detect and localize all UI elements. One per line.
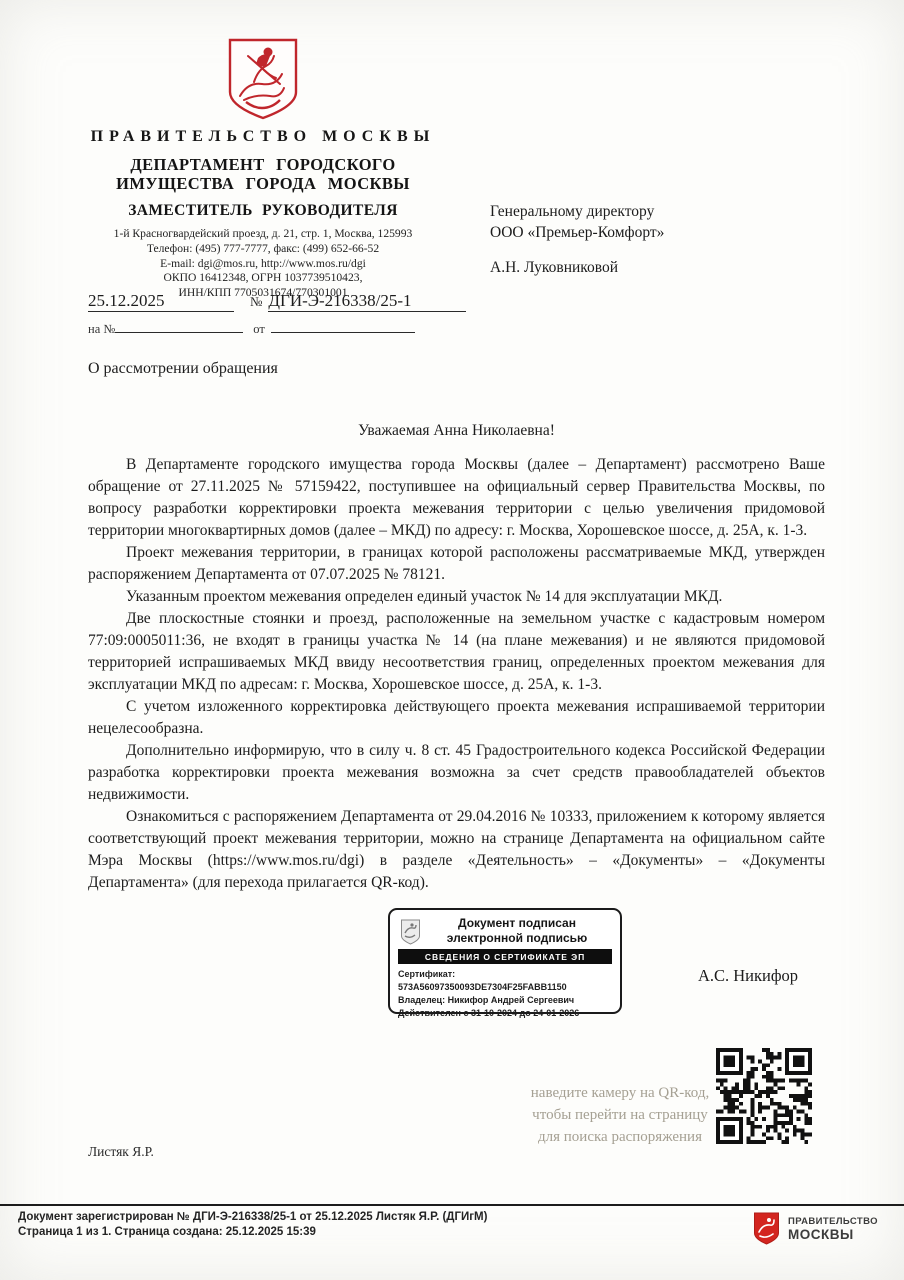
paragraph: Ознакомиться с распоряжением Департамент… [88,806,825,894]
addressee-block: Генеральному директору ООО «Премьер-Комф… [490,201,664,278]
paragraph: Указанным проектом межевания определен е… [88,586,825,608]
paragraph: В Департаменте городского имущества горо… [88,454,825,542]
footer-line1: Документ зарегистрирован № ДГИ-Э-216338/… [18,1210,487,1225]
qr-caption: наведите камеру на QR-код, чтобы перейти… [505,1082,735,1148]
footer-emblem-line1: ПРАВИТЕЛЬСТВО [788,1216,878,1227]
footer-registration-info: Документ зарегистрирован № ДГИ-Э-216338/… [18,1210,487,1239]
addressee-name: А.Н. Луковниковой [490,257,664,278]
government-title: ПРАВИТЕЛЬСТВО МОСКВЫ [77,128,449,146]
ref-na-label: на № [88,322,115,336]
stamp-title: Документ подписан электронной подписью [398,916,612,945]
footer-divider [0,1204,904,1206]
postal-address: 1-й Красногвардейский проезд, д. 21, стр… [77,227,449,242]
certificate-details: Сертификат: 573A56097350093DE7304F25FABB… [398,968,612,1020]
footer-emblem: ПРАВИТЕЛЬСТВО МОСКВЫ [753,1212,878,1245]
letterhead: ПРАВИТЕЛЬСТВО МОСКВЫ ДЕПАРТАМЕНТ ГОРОДСК… [77,36,449,301]
ref-ot-label: от [253,322,265,336]
executor-name: Листяк Я.Р. [88,1144,154,1160]
letter-body: Уважаемая Анна Николаевна! В Департамент… [88,420,825,894]
moscow-coat-of-arms-icon [224,36,302,122]
addressee-position: Генеральному директору [490,201,664,222]
certificate-number: Сертификат: 573A56097350093DE7304F25FABB… [398,968,612,994]
electronic-signature-stamp: Документ подписан электронной подписью С… [388,908,622,1014]
reference-line: на №от [88,322,415,337]
certificate-validity: Действителен с 31-10-2024 до 24-01-2026 [398,1007,612,1020]
certificate-owner: Владелец: Никифор Андрей Сергеевич [398,994,612,1007]
department-title: ДЕПАРТАМЕНТ ГОРОДСКОГО ИМУЩЕСТВА ГОРОДА … [77,155,449,193]
footer-coat-of-arms-icon [753,1212,780,1245]
number-sign: № [250,294,262,309]
email-website: E-mail: dgi@mos.ru, http://www.mos.ru/dg… [77,257,449,272]
subject-line: О рассмотрении обращения [88,360,278,378]
footer-emblem-text: ПРАВИТЕЛЬСТВО МОСКВЫ [788,1216,878,1242]
salutation: Уважаемая Анна Николаевна! [88,420,825,442]
ref-date-blank [271,332,415,333]
addressee-company: ООО «Премьер-Комфорт» [490,222,664,243]
department-line2: ИМУЩЕСТВА ГОРОДА МОСКВЫ [77,174,449,193]
registration-line: 25.12.2025№ДГИ-Э-216338/25-1 [88,291,466,312]
paragraph: Две плоскостные стоянки и проезд, распол… [88,608,825,696]
paragraph: Дополнительно информирую, что в силу ч. … [88,740,825,806]
footer-line2: Страница 1 из 1. Страница создана: 25.12… [18,1225,487,1240]
stamp-title-line1: Документ подписан [422,916,612,931]
stamp-title-line2: электронной подписью [422,931,612,946]
stamp-coat-of-arms-icon [400,919,421,945]
qr-caption-line1: наведите камеру на QR-код, [505,1082,735,1104]
phone-fax: Телефон: (495) 777-7777, факс: (499) 652… [77,242,449,257]
certificate-info-bar: СВЕДЕНИЯ О СЕРТИФИКАТЕ ЭП [398,949,612,964]
registration-date: 25.12.2025 [88,291,234,312]
signatory-name: А.С. Никифор [668,966,828,986]
registration-number: ДГИ-Э-216338/25-1 [268,291,466,312]
contact-block: 1-й Красногвардейский проезд, д. 21, стр… [77,227,449,301]
okpo-ogrn: ОКПО 16412348, ОГРН 1037739510423, [77,271,449,286]
paragraph: С учетом изложенного корректировка дейст… [88,696,825,740]
footer-emblem-line2: МОСКВЫ [788,1227,878,1242]
position-title: ЗАМЕСТИТЕЛЬ РУКОВОДИТЕЛЯ [77,202,449,220]
qr-caption-line3: для поиска распоряжения [505,1126,735,1148]
paragraph: Проект межевания территории, в границах … [88,542,825,586]
qr-code [716,1048,812,1149]
ref-number-blank [115,332,243,333]
department-line1: ДЕПАРТАМЕНТ ГОРОДСКОГО [77,155,449,174]
document-page: ПРАВИТЕЛЬСТВО МОСКВЫ ДЕПАРТАМЕНТ ГОРОДСК… [0,0,904,1280]
qr-caption-line2: чтобы перейти на страницу [505,1104,735,1126]
